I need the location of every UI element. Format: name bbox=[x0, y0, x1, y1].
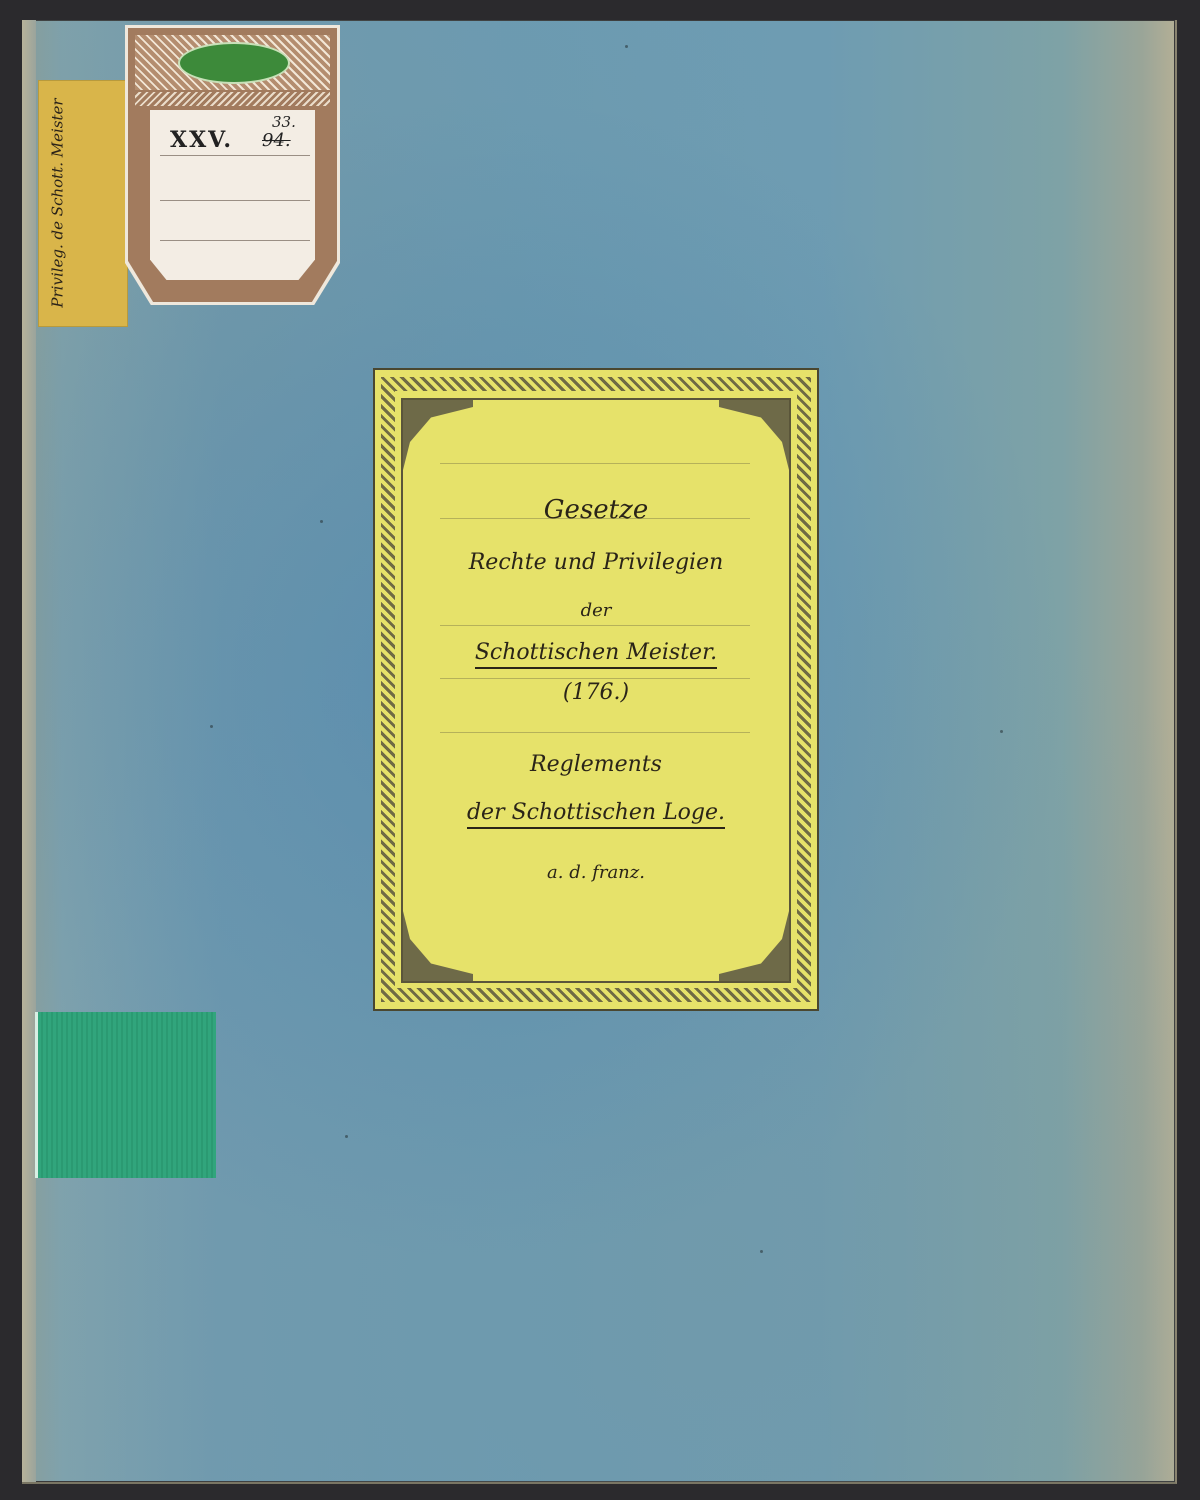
title-line-8: a. d. franz. bbox=[373, 862, 819, 883]
call-number-current: 33. bbox=[272, 113, 296, 131]
call-number-prefix: XXV. bbox=[170, 127, 233, 153]
call-number-struck: 94. bbox=[262, 130, 291, 151]
title-line-1: Gesetze bbox=[373, 495, 819, 525]
paper-speck bbox=[760, 1250, 763, 1253]
paper-speck bbox=[1000, 730, 1003, 733]
paper-speck bbox=[210, 725, 213, 728]
title-rule bbox=[440, 463, 750, 464]
shelf-label-hatch bbox=[135, 92, 330, 106]
title-line-2: Rechte und Privilegien bbox=[373, 550, 819, 575]
spine-label-text: Privileg. de Schott. Meister bbox=[49, 98, 67, 307]
spine-edge bbox=[22, 20, 36, 1482]
spine-label-text-wrap: Privileg. de Schott. Meister bbox=[38, 80, 78, 325]
shelf-label-rule bbox=[160, 240, 310, 241]
title-line-text: der Schottischen Loge. bbox=[467, 800, 725, 829]
shelf-label-rule bbox=[160, 155, 310, 156]
shelf-label-rule bbox=[160, 200, 310, 201]
title-line-text: Rechte und Privilegien bbox=[469, 550, 724, 575]
title-line-3: der bbox=[373, 600, 819, 621]
title-rule bbox=[440, 678, 750, 679]
title-line-text: Schottischen Meister. bbox=[475, 640, 717, 669]
title-rule bbox=[440, 625, 750, 626]
title-line-text: der bbox=[581, 600, 612, 621]
shelf-label-oval-icon bbox=[178, 42, 290, 84]
title-line-4: Schottischen Meister. bbox=[373, 640, 819, 665]
title-line-5: (176.) bbox=[373, 680, 819, 705]
paper-speck bbox=[345, 1135, 348, 1138]
title-line-text: Reglements bbox=[530, 752, 662, 777]
title-line-text: (176.) bbox=[563, 680, 629, 705]
title-line-6: Reglements bbox=[373, 752, 819, 777]
paper-speck bbox=[320, 520, 323, 523]
title-rule bbox=[440, 732, 750, 733]
title-line-text: a. d. franz. bbox=[547, 862, 645, 883]
green-library-tag bbox=[35, 1012, 216, 1178]
paper-speck bbox=[625, 45, 628, 48]
title-line-text: Gesetze bbox=[544, 495, 648, 525]
title-line-7: der Schottischen Loge. bbox=[373, 800, 819, 825]
